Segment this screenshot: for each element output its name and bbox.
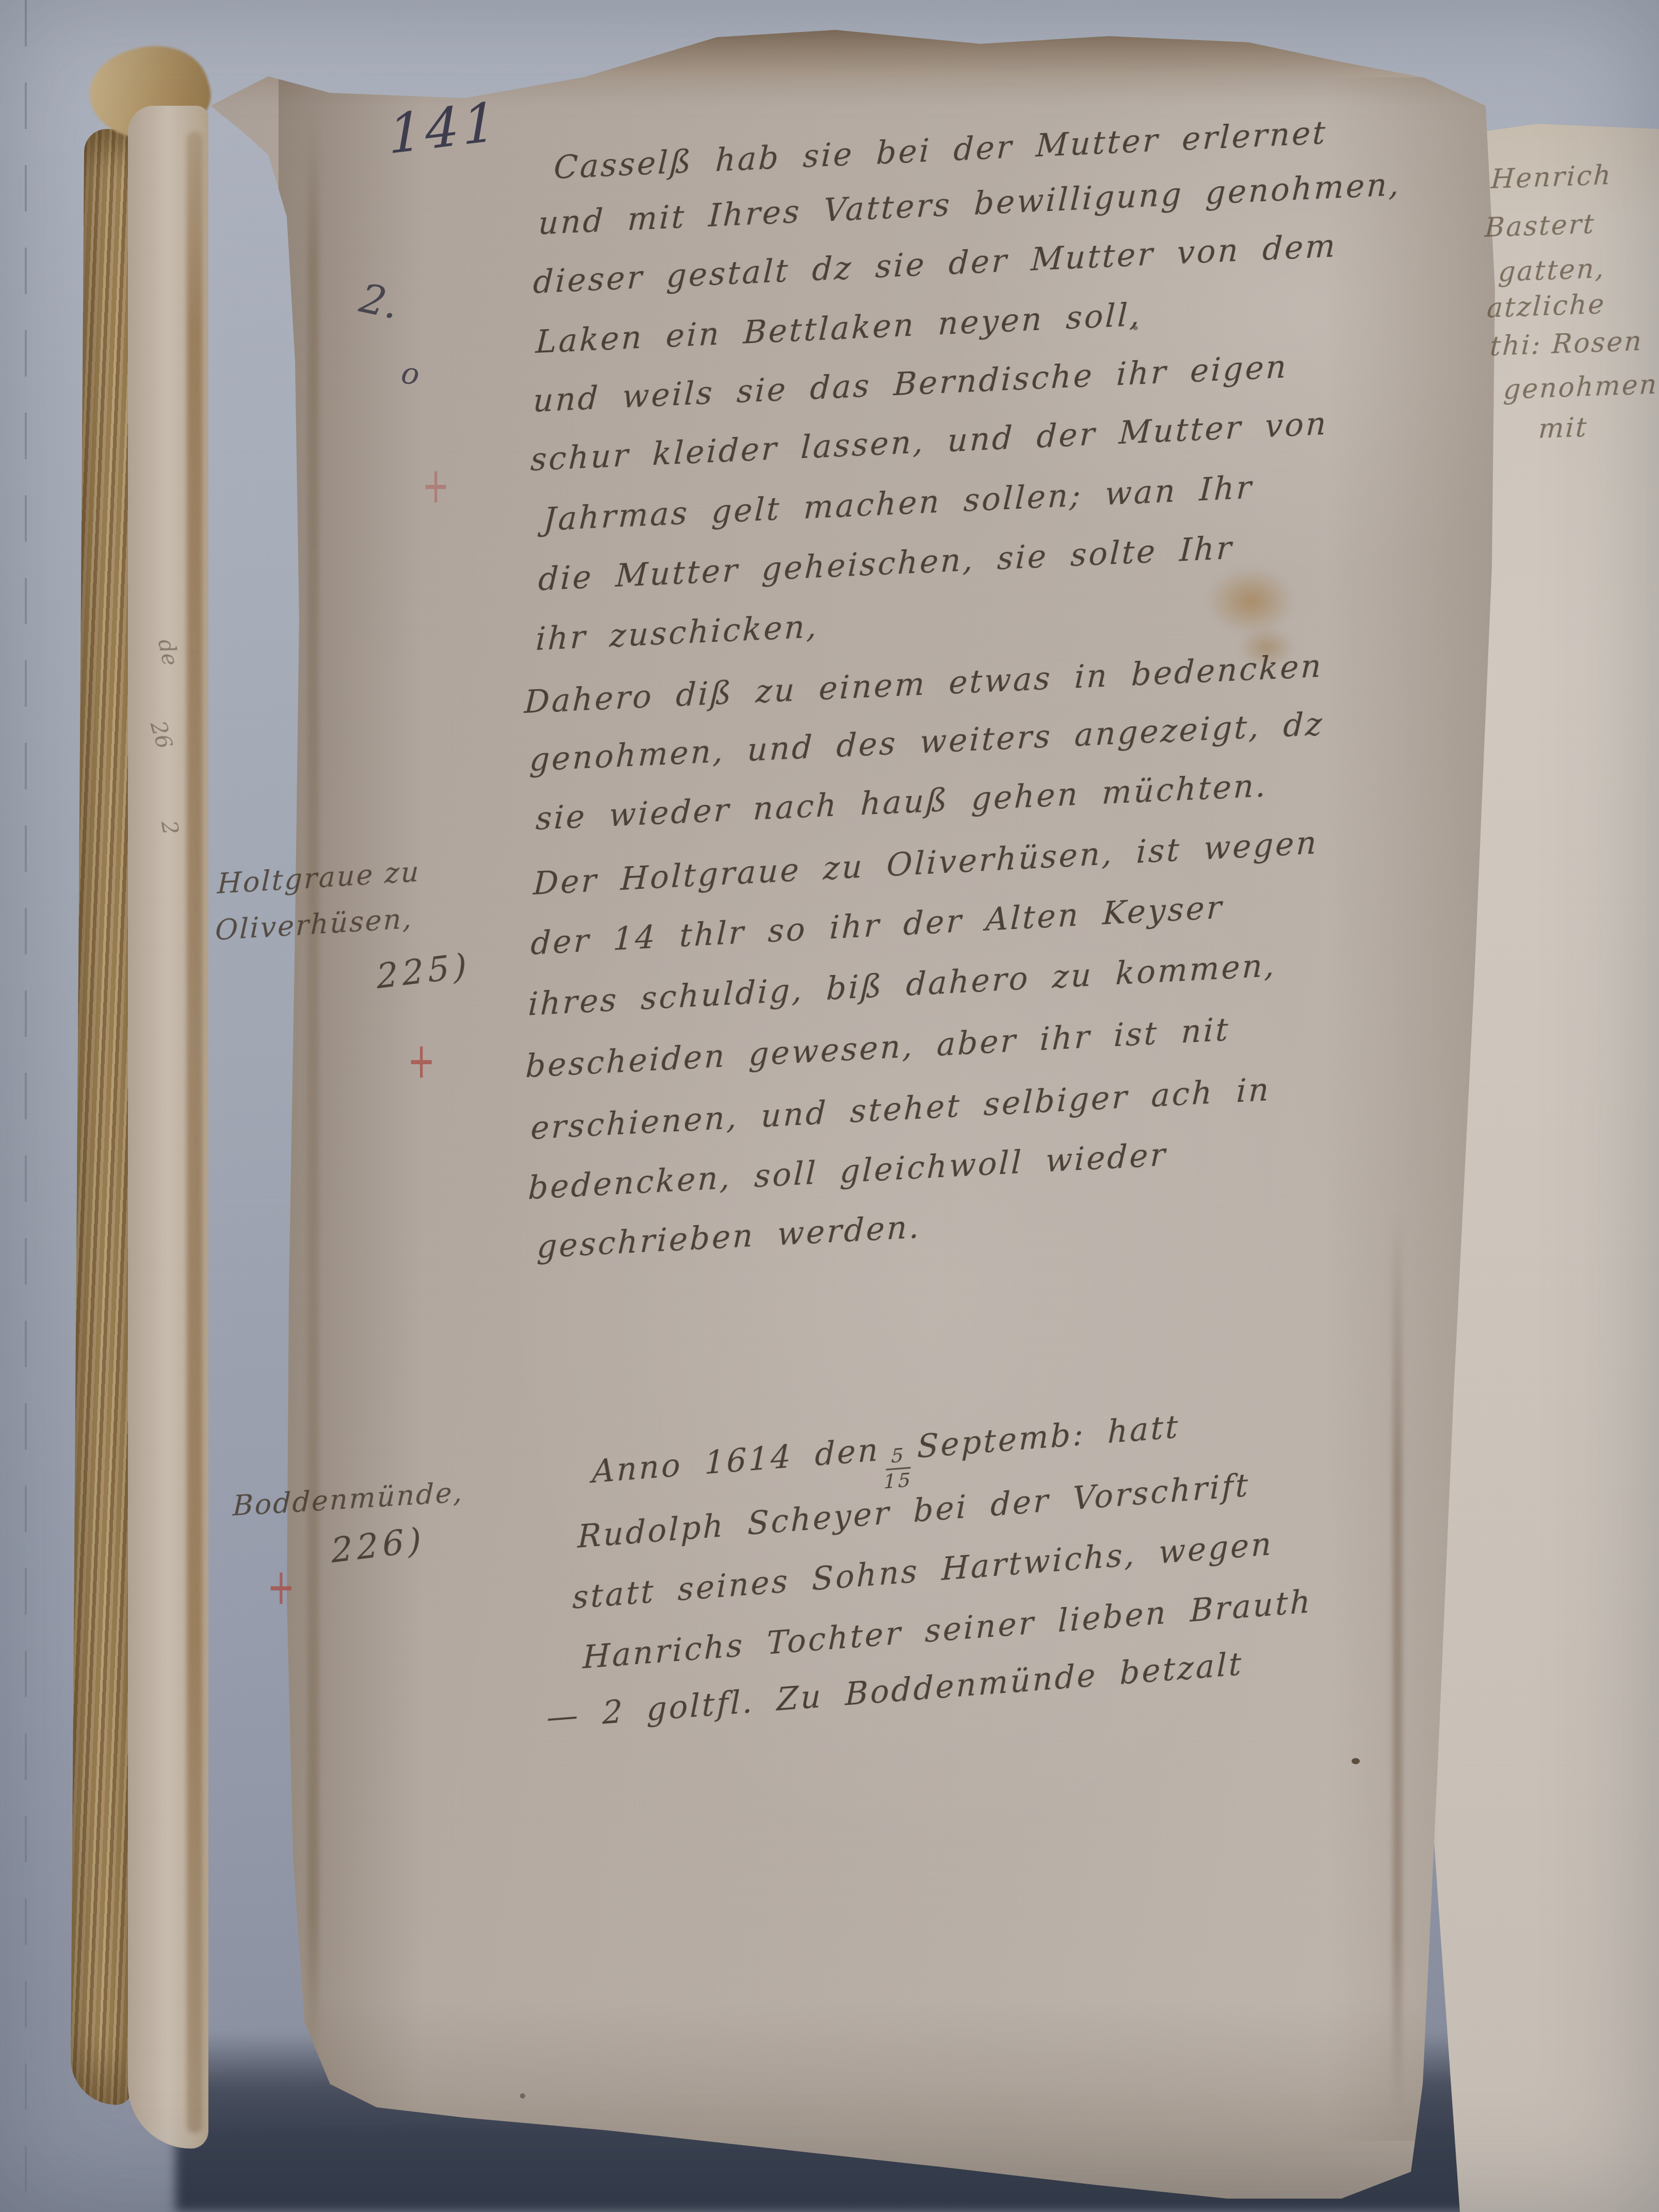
facing-fragment: Bastert (1484, 209, 1596, 244)
ink-speck (520, 2093, 525, 2099)
right-fold-crease (1393, 1212, 1402, 2115)
backdrop-seam-line (25, 0, 27, 2212)
facing-fragment: Henrich (1490, 160, 1613, 195)
date-denominator: 15 (884, 1468, 913, 1492)
facing-fragment: atzliche (1486, 289, 1606, 324)
date-numerator: 5 (886, 1445, 910, 1471)
red-cross-mark: + (267, 1559, 295, 1616)
ink-speck (1352, 1758, 1360, 1764)
top-edge-stain (196, 15, 1496, 103)
red-cross-mark: + (408, 1033, 435, 1090)
manuscript-photo: 141 Casselß hab sie bei der Mutter erler… (0, 0, 1659, 2212)
spine-crease-stain (187, 132, 202, 2133)
vertical-fold-crease (307, 113, 319, 2063)
facing-fragment: gatten, (1498, 253, 1606, 288)
red-cross-mark: + (422, 458, 450, 515)
double-date-fraction: 515 (884, 1445, 913, 1492)
facing-fragment: mit (1538, 412, 1589, 445)
facing-fragment: thi: Rosen (1489, 326, 1644, 362)
foxing-stain (1207, 567, 1295, 635)
edge-ink-mark: de (153, 637, 184, 668)
facing-fragment: genohmen (1503, 369, 1659, 406)
